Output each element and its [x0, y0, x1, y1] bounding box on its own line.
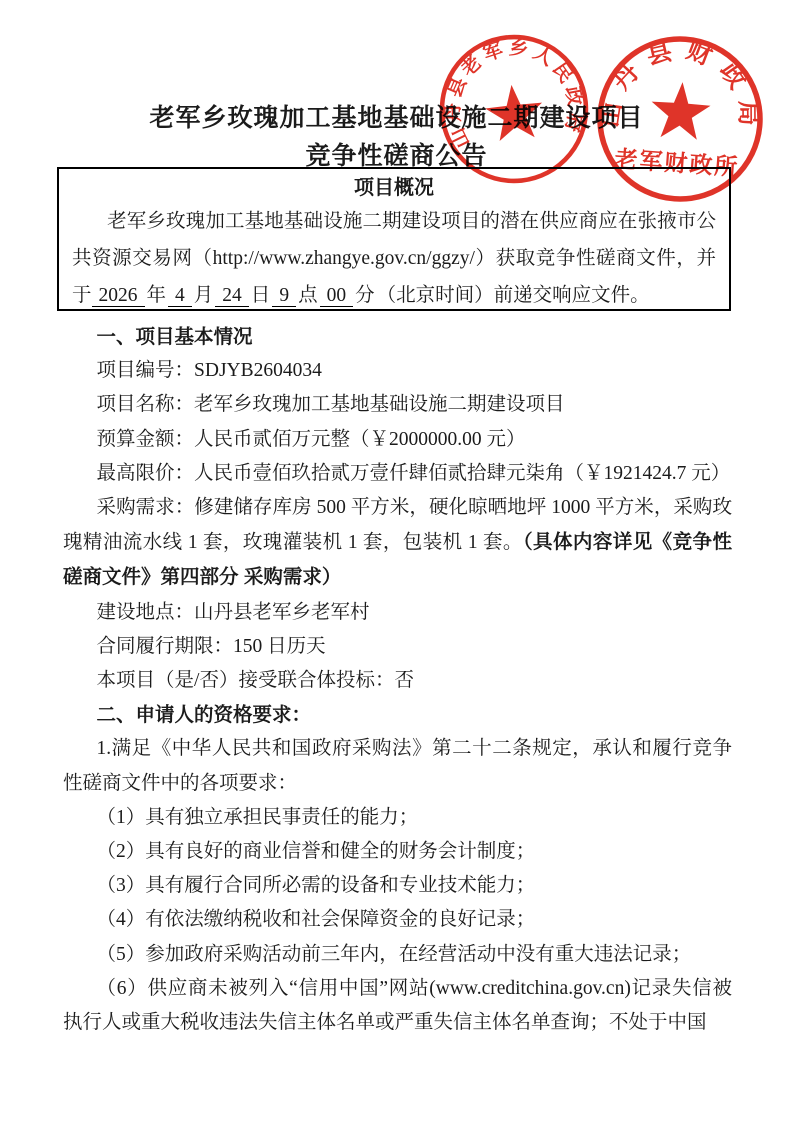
document-page: 老军乡玫瑰加工基地基础设施二期建设项目 竞争性磋商公告 项目概况 老军乡玫瑰加工… [0, 0, 793, 1122]
deadline-hour-value: 9 [272, 285, 296, 307]
overview-heading: 项目概况 [72, 173, 716, 203]
qualification-intro: 1.满足《中华人民共和国政府采购法》第二十二条规定，承认和履行竞争性磋商文件中的… [63, 732, 732, 800]
project-number-line: 项目编号：SDJYB2604034 [63, 354, 732, 388]
deadline-month-value: 4 [168, 285, 192, 307]
procurement-demand-paragraph: 采购需求：修建储存库房 500 平方米，硬化晾晒地坪 1000 平方米，采购玫瑰… [63, 491, 732, 596]
deadline-day-unit: 日 [249, 285, 273, 306]
project-name-line: 项目名称：老军乡玫瑰加工基地基础设施二期建设项目 [63, 388, 732, 422]
project-overview-box: 项目概况 老军乡玫瑰加工基地基础设施二期建设项目的潜在供应商应在张掖市公共资源交… [57, 167, 731, 311]
location-line: 建设地点：山丹县老军乡老军村 [63, 596, 732, 630]
section1-heading: 一、项目基本情况 [63, 320, 732, 354]
section2-heading: 二、申请人的资格要求： [63, 698, 732, 732]
deadline-minute-unit: 分 [353, 285, 377, 306]
duration-line: 合同履行期限：150 日历天 [63, 630, 732, 664]
qualification-item-5: （5）参加政府采购活动前三年内，在经营活动中没有重大违法记录； [63, 938, 732, 972]
budget-line: 预算金额：人民币贰佰万元整（￥2000000.00 元） [63, 423, 732, 457]
overview-paragraph: 老军乡玫瑰加工基地基础设施二期建设项目的潜在供应商应在张掖市公共资源交易网（ht… [72, 203, 716, 314]
qualification-item-4: （4）有依法缴纳税收和社会保障资金的良好记录； [63, 903, 732, 937]
qualification-item-6: （6）供应商未被列入“信用中国”网站(www.creditchina.gov.c… [63, 972, 732, 1040]
deadline-suffix-text: （北京时间）前递交响应文件。 [377, 285, 650, 306]
consortium-line: 本项目（是/否）接受联合体投标：否 [63, 664, 732, 698]
deadline-day-value: 24 [215, 285, 249, 307]
deadline-hour-unit: 点 [296, 285, 320, 306]
max-price-line: 最高限价：人民币壹佰玖拾贰万壹仟肆佰贰拾肆元柒角（￥1921424.7 元） [63, 457, 732, 491]
deadline-month-unit: 月 [192, 285, 216, 306]
deadline-minute-value: 00 [320, 285, 354, 307]
deadline-year-value: 2026 [92, 285, 145, 307]
qualification-item-3: （3）具有履行合同所必需的设备和专业技术能力； [63, 869, 732, 903]
deadline-year-unit: 年 [145, 285, 169, 306]
qualification-item-1: （1）具有独立承担民事责任的能力； [63, 801, 732, 835]
document-body: 一、项目基本情况 项目编号：SDJYB2604034 项目名称：老军乡玫瑰加工基… [63, 320, 732, 1040]
qualification-item-2: （2）具有良好的商业信誉和健全的财务会计制度； [63, 835, 732, 869]
document-title-line1: 老军乡玫瑰加工基地基础设施二期建设项目 [0, 98, 793, 134]
